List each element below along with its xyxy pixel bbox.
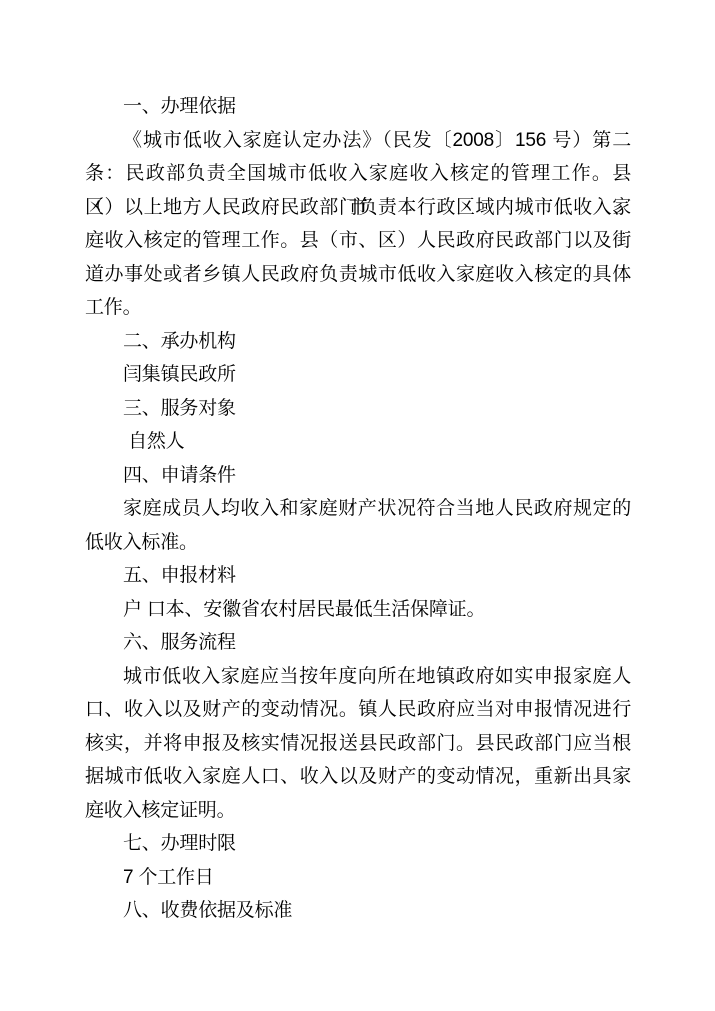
section-heading: 五、申报材料 <box>85 559 631 593</box>
section-heading: 八、收费依据及标准 <box>85 894 631 928</box>
paragraph: 自然人 <box>85 425 631 459</box>
text-line: 《城市低收入家庭认定办法》（民发〔2008〕156 号）第二 <box>85 124 631 158</box>
text-line: 道办事处或者乡镇人民政府负责城市低收入家庭收入核定的具体 <box>85 258 631 292</box>
section-heading: 一、办理依据 <box>85 90 631 124</box>
text-line: 据城市低收入家庭人口、收入以及财产的变动情况，重新出具家 <box>85 760 631 794</box>
section-heading: 六、服务流程 <box>85 626 631 660</box>
text-line: 区）以上地方人民政府民政部门负责本行政区域内城市低收入家 <box>85 191 631 225</box>
document-page-surface: 一、办理依据《城市低收入家庭认定办法》（民发〔2008〕156 号）第二条：民政… <box>0 0 715 1011</box>
paragraph: 户 口本、安徽省农村居民最低生活保障证。 <box>85 593 631 627</box>
document-body: 一、办理依据《城市低收入家庭认定办法》（民发〔2008〕156 号）第二条：民政… <box>85 90 631 928</box>
text-line: 三、服务对象 <box>85 392 631 426</box>
paragraph: 7 个工作日 <box>85 861 631 895</box>
paragraph: 闫集镇民政所 <box>85 358 631 392</box>
text-line: 五、申报材料 <box>85 559 631 593</box>
text-line: 庭收入核定证明。 <box>85 794 631 828</box>
text-line: 一、办理依据 <box>85 90 631 124</box>
text-line: 闫集镇民政所 <box>85 358 631 392</box>
document-page: { "colors": { "page_background": "#fffff… <box>0 0 715 1011</box>
text-line: 庭收入核定的管理工作。县（市、区）人民政府民政部门以及街 <box>85 224 631 258</box>
section-heading: 七、办理时限 <box>85 827 631 861</box>
section-heading: 四、申请条件 <box>85 459 631 493</box>
text-line: 七、办理时限 <box>85 827 631 861</box>
text-line: 低收入标准。 <box>85 526 631 560</box>
text-line: 四、申请条件 <box>85 459 631 493</box>
text-line: 工作。 <box>85 291 631 325</box>
text-line: 八、收费依据及标准 <box>85 894 631 928</box>
text-line: 户 口本、安徽省农村居民最低生活保障证。 <box>85 593 631 627</box>
text-line: 自然人 <box>85 425 631 459</box>
text-line: 核实，并将申报及核实情况报送县民政部门。县民政部门应当根 <box>85 727 631 761</box>
paragraph: 家庭成员人均收入和家庭财产状况符合当地人民政府规定的低收入标准。 <box>85 492 631 559</box>
text-line: 口、收入以及财产的变动情况。镇人民政府应当对申报情况进行 <box>85 693 631 727</box>
section-heading: 三、服务对象 <box>85 392 631 426</box>
text-line: 条：民政部负责全国城市低收入家庭收入核定的管理工作。县（市、 <box>85 157 631 191</box>
text-line: 7 个工作日 <box>85 861 631 895</box>
paragraph: 《城市低收入家庭认定办法》（民发〔2008〕156 号）第二条：民政部负责全国城… <box>85 124 631 325</box>
text-line: 二、承办机构 <box>85 325 631 359</box>
text-line: 六、服务流程 <box>85 626 631 660</box>
text-line: 家庭成员人均收入和家庭财产状况符合当地人民政府规定的 <box>85 492 631 526</box>
paragraph: 城市低收入家庭应当按年度向所在地镇政府如实申报家庭人口、收入以及财产的变动情况。… <box>85 660 631 828</box>
text-line: 城市低收入家庭应当按年度向所在地镇政府如实申报家庭人 <box>85 660 631 694</box>
section-heading: 二、承办机构 <box>85 325 631 359</box>
